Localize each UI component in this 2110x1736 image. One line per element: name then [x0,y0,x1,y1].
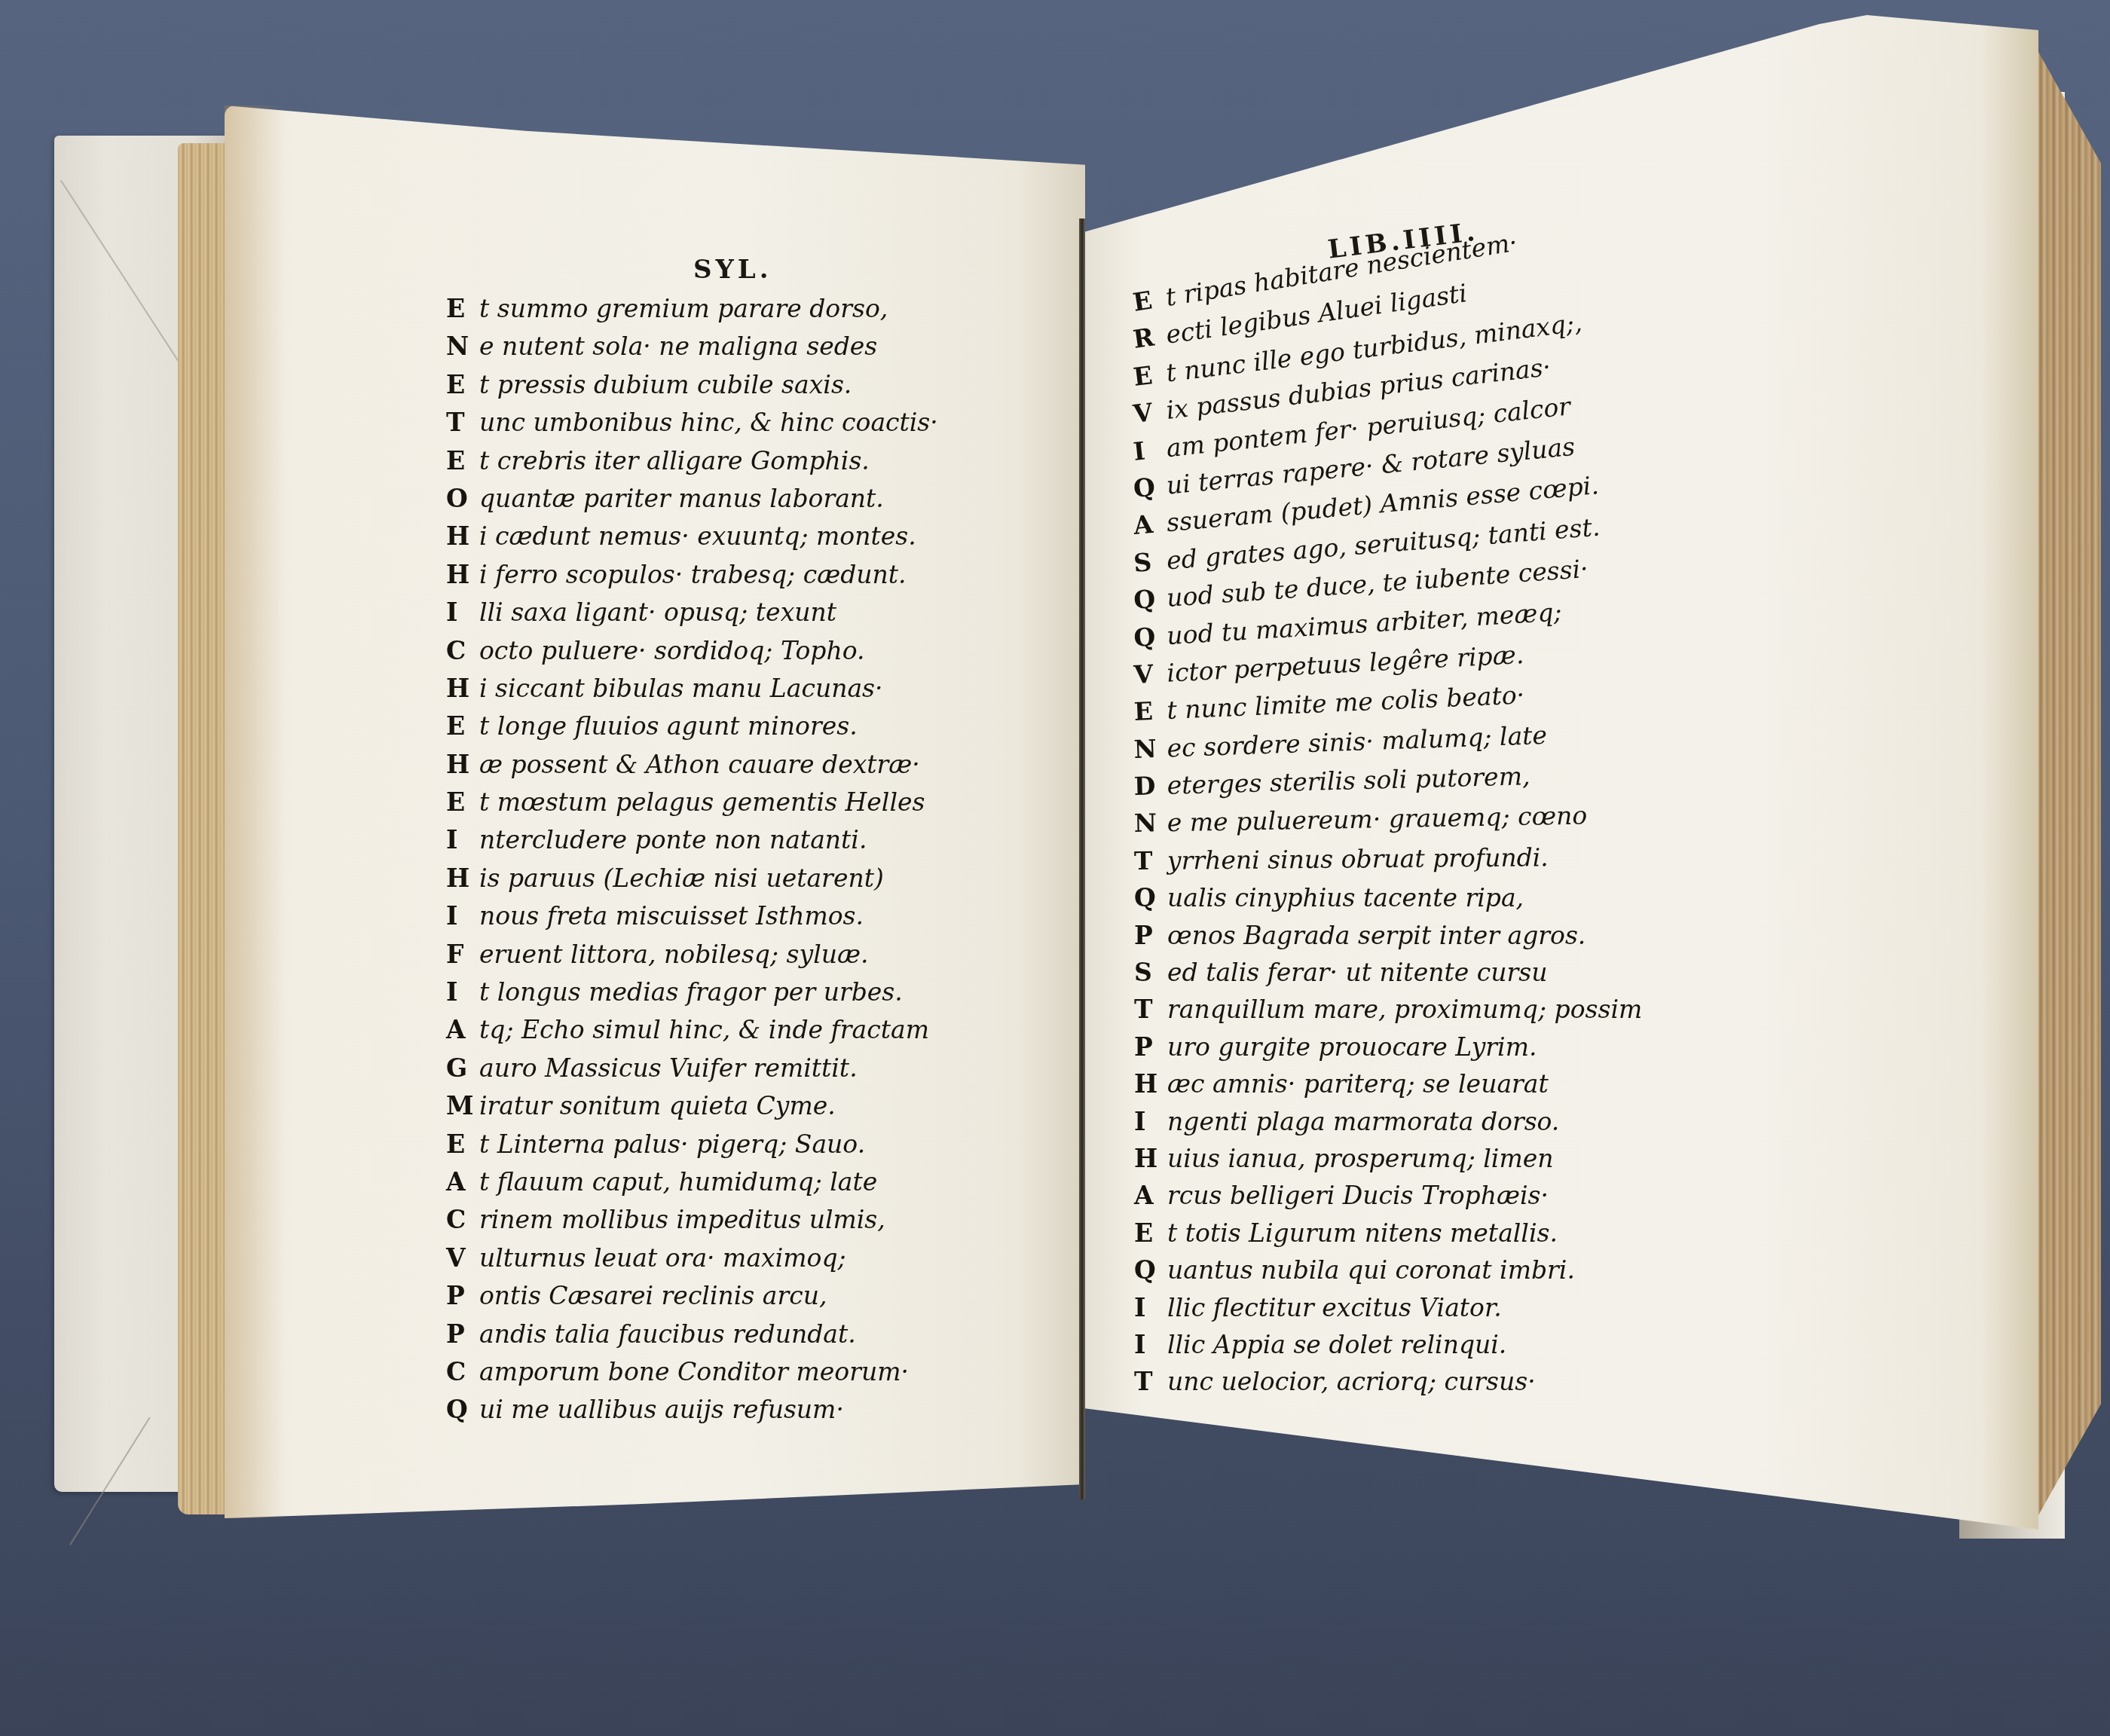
left-page-foxing [225,105,285,1518]
verse-line: Et Linterna palus· pigerq; Sauo. [446,1132,938,1169]
verse-line: Puro gurgite prouocare Lyrim. [1134,1035,1642,1071]
verse-line: Ne nutent sola· ne maligna sedes [446,334,938,371]
verse-line: Oquantæ pariter manus laborant. [446,486,938,524]
verse-line: Gauro Massicus Vuifer remittit. [446,1056,938,1093]
right-page-text: Et ripas habitare nescientem· Recti legi… [1134,290,1642,1407]
book-gutter [1079,219,1085,1499]
verse-line: Atq; Echo simul hinc, & inde fractam [446,1017,938,1055]
verse-line: At flauum caput, humidumq; late [446,1169,938,1207]
verse-line: Illi saxa ligant· opusq; texunt [446,600,938,637]
verse-line: Tunc uelocior, acriorq; cursus· [1134,1369,1642,1406]
verse-line: Hæc amnis· pariterq; se leuarat [1134,1071,1642,1108]
verse-line: Pandis talia faucibus redundat. [446,1322,938,1359]
verse-line: Et pressis dubium cubile saxis. [446,372,938,410]
verse-line: Ingenti plaga marmorata dorso. [1134,1109,1642,1146]
verse-line: It longus medias fragor per urbes. [446,980,938,1017]
verse-line: Pœnos Bagrada serpit inter agros. [1134,923,1642,960]
verse-line: Crinem mollibus impeditus ulmis, [446,1207,938,1245]
verse-line: Qui me uallibus auijs refusum· [446,1397,938,1435]
verse-line: Illic flectitur excitus Viator. [1134,1295,1642,1332]
verse-line: Illic Appia se dolet relinqui. [1134,1332,1642,1369]
right-page-edges [2035,45,2101,1522]
verse-line: Hi siccant bibulas manu Lacunas· [446,676,938,714]
verse-line: Qualis cinyphius tacente ripa, [1134,885,1642,922]
verse-line: Miratur sonitum quieta Cyme. [446,1093,938,1131]
verse-line: Inous freta miscuisset Isthmos. [446,903,938,941]
verse-line: Sed talis ferar· ut nitente cursu [1134,960,1642,997]
verse-line: Tyrrheni sinus obruat profundi. [1134,844,1643,885]
verse-line: Intercludere ponte non natanti. [446,827,938,865]
verse-line: Feruent littora, nobilesq; syluæ. [446,942,938,980]
verse-line: Et longe fluuios agunt minores. [446,714,938,751]
left-page-edges [178,143,231,1514]
verse-line: Quantus nubila qui coronat imbri. [1134,1258,1642,1294]
verse-line: Et totis Ligurum nitens metallis. [1134,1221,1642,1258]
verse-line: Camporum bone Conditor meorum· [446,1359,938,1397]
verse-line: Hæ possent & Athon cauare dextræ· [446,752,938,790]
verse-line: Hi cædunt nemus· exuuntq; montes. [446,524,938,561]
running-head-left: SYL. [693,255,772,285]
verse-line: Vulturnus leuat ora· maximoq; [446,1245,938,1283]
verse-line: Et mœstum pelagus gementis Helles [446,790,938,827]
verse-line: Huius ianua, prosperumq; limen [1134,1146,1642,1183]
verse-line: Tunc umbonibus hinc, & hinc coactis· [446,410,938,448]
verse-line: His paruus (Lechiæ nisi uetarent) [446,866,938,903]
verse-line: Cocto puluere· sordidoq; Topho. [446,638,938,676]
verse-line: Et crebris iter alligare Gomphis. [446,448,938,486]
verse-line: Pontis Cæsarei reclinis arcu, [446,1283,938,1321]
verse-line: Et summo gremium parare dorso, [446,296,938,334]
verse-line: Ne me puluereum· grauemq; cœno [1134,802,1643,848]
verse-line: Hi ferro scopulos· trabesq; cædunt. [446,562,938,600]
left-page-text: Et summo gremium parare dorso, Ne nutent… [446,296,938,1435]
verse-line: Tranquillum mare, proximumq; possim [1134,997,1642,1034]
verse-line: Arcus belligeri Ducis Trophæis· [1134,1183,1642,1220]
